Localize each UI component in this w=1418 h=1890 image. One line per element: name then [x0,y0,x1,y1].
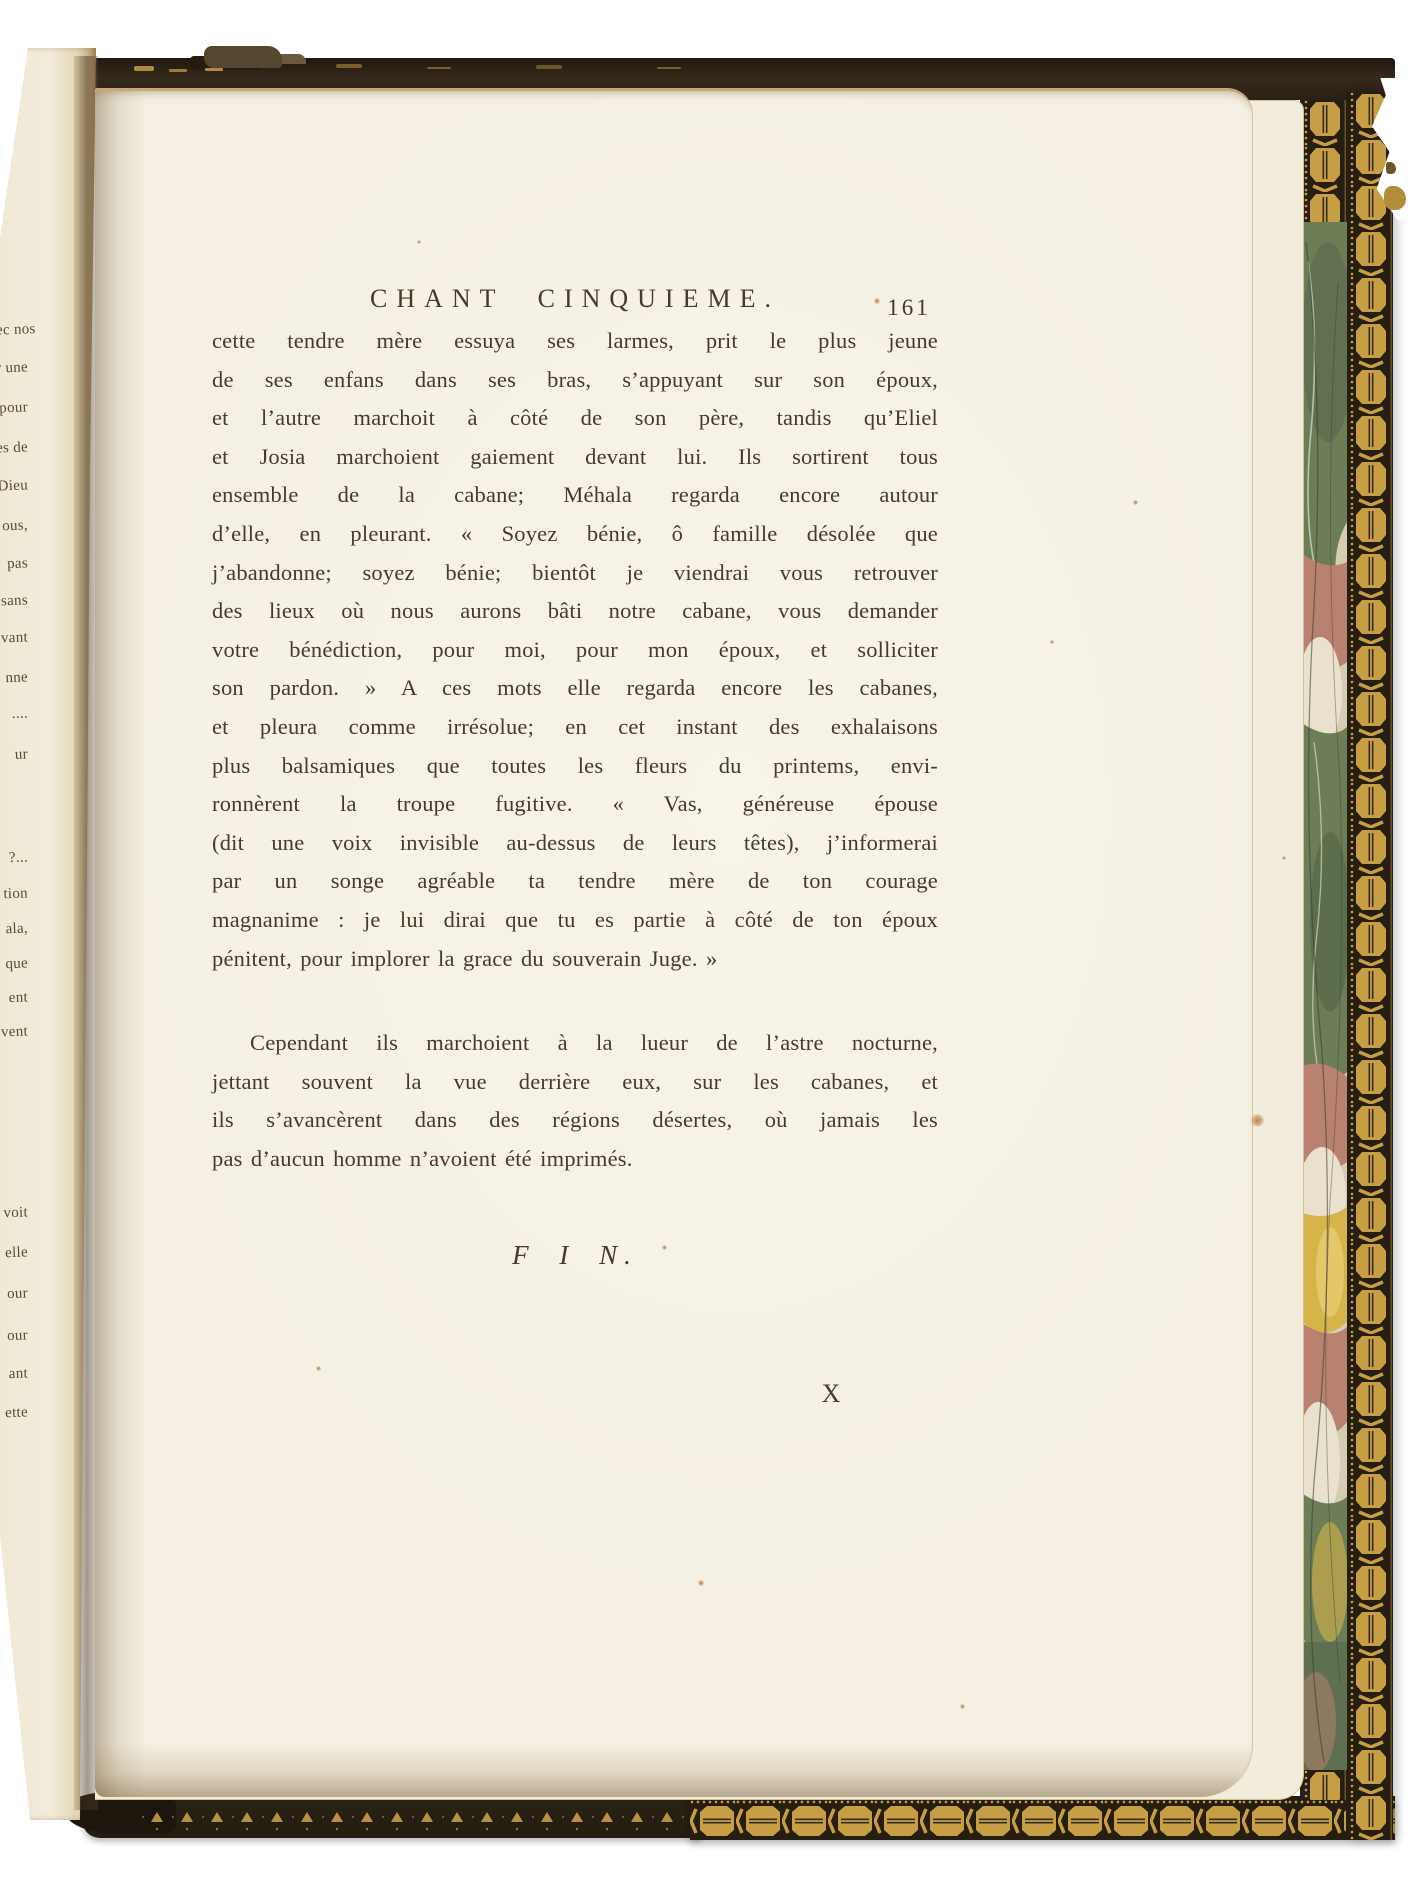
foxing-spot [316,1366,321,1371]
facing-page-text-fragment: ette [0,1404,28,1422]
foxing-spot [1282,856,1286,860]
text-line: plus balsamiques que toutes les fleurs d… [212,747,938,786]
foxing-spot [874,298,880,304]
binding-tear-fragment [1384,186,1406,210]
text-line: ronnèrent la troupe fugitive. « Vas, gén… [212,785,938,824]
text-line: de ses enfans dans ses bras, s’appuyant … [212,361,938,400]
page-number: 161 [877,295,941,321]
facing-page-text-fragment: nne [0,669,28,687]
text-line: d’elle, en pleurant. « Soyez bénie, ô fa… [212,515,938,554]
facing-page-text-fragment: r une [0,359,28,377]
book-bottom-binding-edge [82,1798,702,1838]
headcap-wear [204,46,282,68]
book-page: CHANT CINQUIEME. 161 cette tendre mère e… [95,88,1253,1797]
text-line: par un songe agréable ta tendre mère de … [212,862,938,901]
gold-triangle-tooling [142,1800,702,1836]
gold-tooling-glint [134,66,154,71]
foxing-spot [698,1580,704,1586]
facing-page-text-fragment: pour [0,399,28,417]
facing-page-text-fragment: voit [0,1204,28,1222]
text-line: et l’autre marchoit à côté de son père, … [212,399,938,438]
facing-page-text-fragment: ous, [0,517,28,535]
text-line: votre bénédiction, pour moi, pour mon ép… [212,631,938,670]
foxing-spot [662,1245,667,1250]
text-line: magnanime : je lui dirai que tu es parti… [212,901,938,940]
text-line: et pleura comme irrésolue; en cet instan… [212,708,938,747]
text-line: ensemble de la cabane; Méhala regarda en… [212,476,938,515]
facing-page-text-fragment: ant [0,1365,28,1383]
facing-page-text-fragment: es de [0,439,28,457]
facing-page-text-fragment: ec nos [0,321,28,339]
text-line: et Josia marchoient gaiement devant lui.… [212,438,938,477]
text-line: des lieux où nous aurons bâti notre caba… [212,592,938,631]
signature-mark: X [813,1379,849,1409]
facing-page-text-fragment: our [0,1285,28,1303]
paragraph-1: cette tendre mère essuya ses larmes, pri… [212,322,938,978]
facing-page-text-fragment: sans [0,592,28,610]
facing-page-text-fragment: .... [0,705,28,723]
facing-page-text-fragment: ?... [0,849,28,867]
facing-page-text-fragment: ala, [0,920,28,938]
text-line: pénitent, pour implorer la grace du souv… [212,940,938,979]
gilt-turn-in-corner-bottom [1300,1770,1347,1800]
text-line: Cependant ils marchoient à la lueur de l… [212,1024,938,1063]
facing-page-text-fragment: que [0,955,28,973]
text-line: cette tendre mère essuya ses larmes, pri… [212,322,938,361]
gilt-turn-in-right [1346,92,1393,1840]
foxing-spot [1251,1114,1264,1127]
gilt-turn-in-corner-top [1300,100,1347,222]
facing-page-text-fragment: ent [0,989,28,1007]
gilt-turn-in-bottom [690,1796,1395,1840]
text-line: ils s’avancèrent dans des régions désert… [212,1101,938,1140]
text-line: (dit une voix invisible au-dessus de leu… [212,824,938,863]
foxing-spot [960,1704,965,1709]
foxing-spot [417,240,421,244]
facing-page-text-fragment: vent [0,1023,28,1041]
facing-page-text-fragment: vant [0,629,28,647]
facing-page-text-fragment: Dieu [0,477,28,495]
text-line: jettant souvent la vue derrière eux, sur… [212,1063,938,1102]
fin-colophon: F I N. [212,1240,938,1271]
gold-tooling-glint [336,64,362,68]
facing-page-text-fragment: elle [0,1244,28,1262]
text-line: pas d’aucun homme n’avoient été imprimés… [212,1140,938,1179]
facing-page-text-fragment: ur [0,746,28,764]
text-line: son pardon. » A ces mots elle regarda en… [212,669,938,708]
foxing-spot [1050,640,1054,644]
book-photograph: ec nos r une pour es de Dieu ous, pas sa… [0,0,1418,1890]
facing-page-text-fragment: pas [0,555,28,573]
text-line: j’abandonne; soyez bénie; bientôt je vie… [212,554,938,593]
running-head-chapter-title: CHANT CINQUIEME. [212,284,938,314]
marbled-pastedown [1300,222,1347,1770]
paragraph-2: Cependant ils marchoient à la lueur de l… [212,1024,938,1178]
facing-page-text-fragment: our [0,1327,28,1345]
facing-page-text-fragment: tion [0,885,28,903]
foxing-spot [1133,500,1138,505]
